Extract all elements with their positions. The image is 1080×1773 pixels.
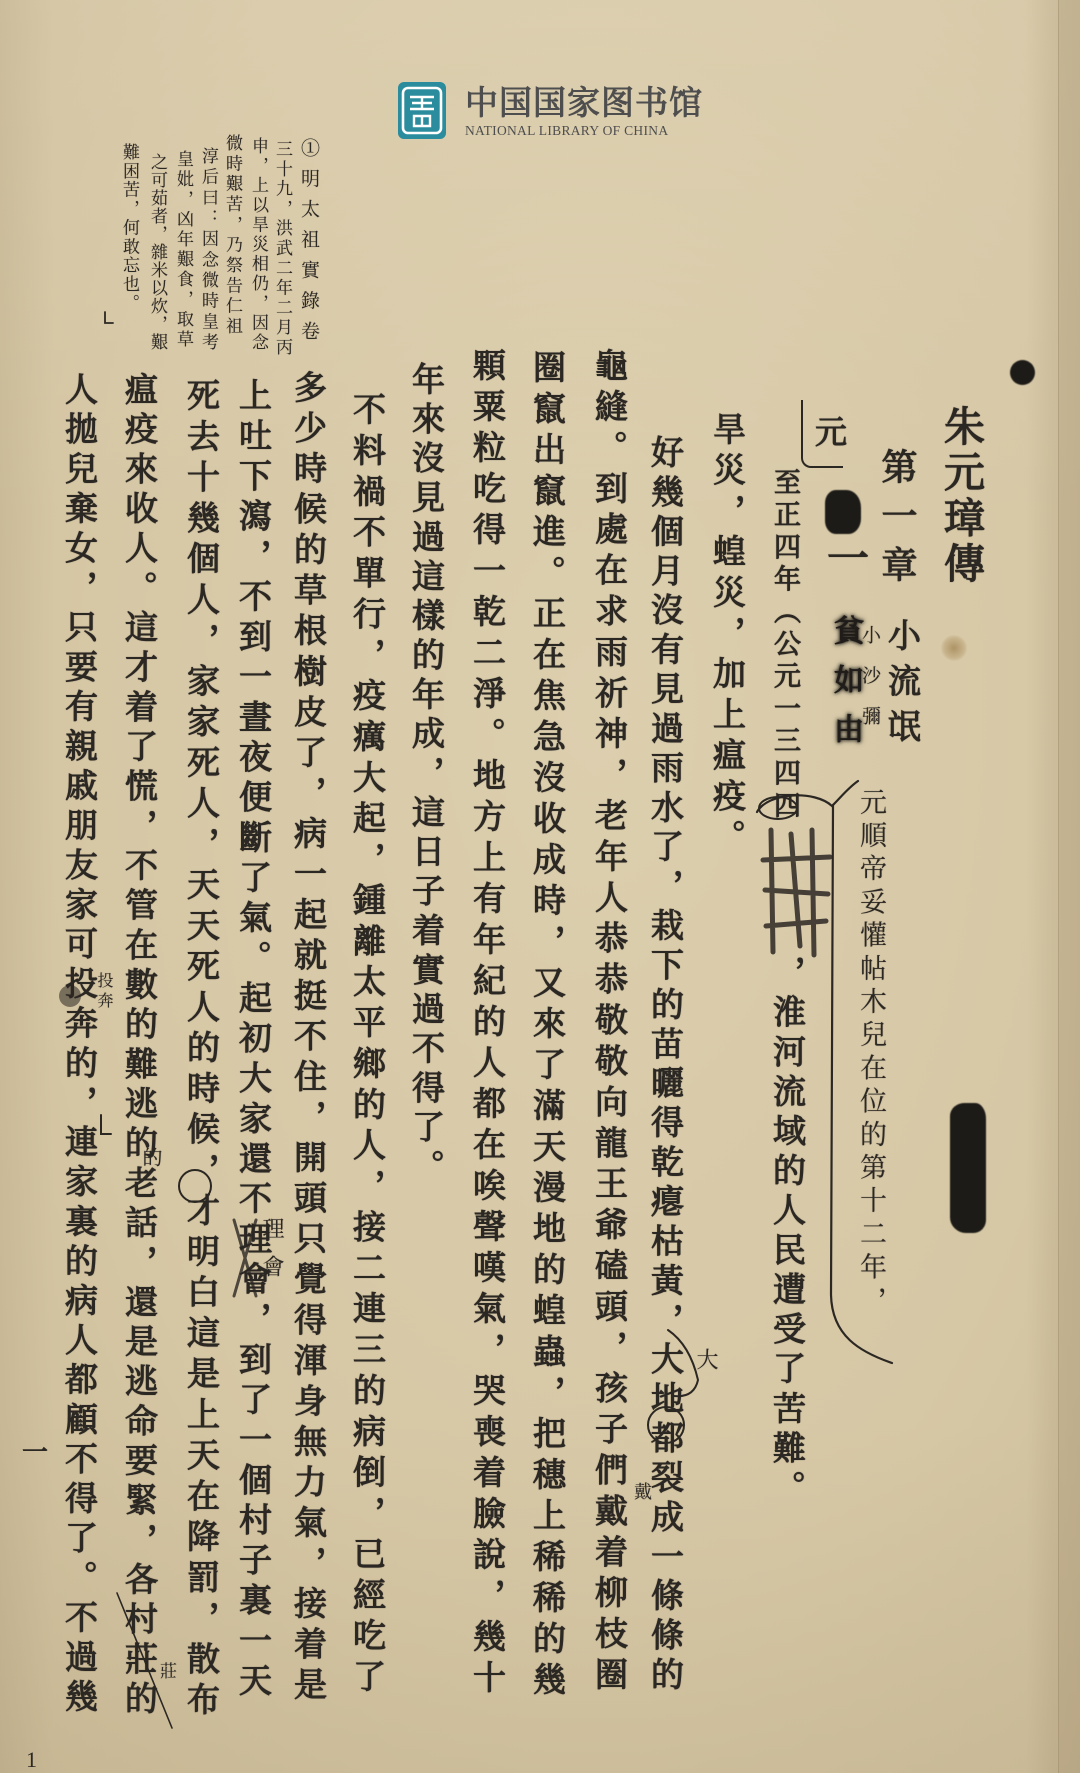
insertion: 的 xyxy=(141,1147,161,1167)
footnote-column: 難困苦，何敢忘也。 xyxy=(115,143,137,311)
library-name-en: NATIONAL LIBRARY OF CHINA xyxy=(465,123,668,139)
section-number: 一 xyxy=(820,536,866,578)
footnote-column: 微時艱苦，乃祭告仁祖 xyxy=(218,134,240,334)
page-marker: 一 xyxy=(22,1440,48,1466)
struck-blot xyxy=(825,490,861,534)
footnote-column: ①明太祖實錄卷 xyxy=(294,138,318,340)
ink-blot xyxy=(950,1103,986,1233)
insert-bracket-mark xyxy=(101,1115,111,1134)
text-column: 年來沒見過這樣的年成，這日子着實過不得了。 xyxy=(399,362,443,1182)
insertion: 投奔 xyxy=(96,972,112,1012)
text-column: 龜縫。到處在求雨祈神，老年人恭恭敬敬向龍王爺磕頭，孩子們戴着柳枝圈 xyxy=(582,348,626,1690)
page-edge xyxy=(1058,0,1080,1773)
text-column: 旱災，蝗災，加上瘟疫。 xyxy=(700,412,744,852)
text-column: 瘟疫來收人。這才着了慌，不管在數的難逃的老話，還是逃命要緊，各村莊的 xyxy=(112,372,156,1714)
page-number: 1 xyxy=(26,1748,37,1772)
margin-note: 元順帝妥懽帖木兒在位的第十二年， xyxy=(848,788,884,1313)
text-column: 顆粟粒吃得一乾二淨。地方上有年紀的人都在唉聲嘆氣，哭喪着臉說，幾十 xyxy=(460,348,504,1693)
footnote-column: 之可茹者，雜米以炊，艱 xyxy=(143,153,165,350)
footnote-column: 淳后曰：因念微時皇考 xyxy=(194,147,216,350)
library-seal-icon xyxy=(398,82,446,139)
text-column: ，淮河流域的人民遭受了苦難。 xyxy=(760,955,804,1503)
insertion: 理會 xyxy=(260,1217,282,1293)
text-column: 多少時候的草根樹皮了，病一起就挺不住，開頭只覺得渾身無力氣，接着是 xyxy=(281,370,325,1700)
library-name-cn: 中国国家图书馆 xyxy=(465,84,703,122)
text-column: 不料禍不單行，疫癘大起，鍾離太平鄉的人，接二連三的病倒，已經吃了 xyxy=(340,392,384,1692)
text-column: 圈竄出竄進。正在焦急沒收成時，又來了滿天漫地的蝗蟲，把穗上稀稀的幾 xyxy=(520,350,564,1695)
footnote-column: 皇妣，凶年艱食，取草 xyxy=(169,150,191,347)
book-title: 朱元璋傳 xyxy=(929,405,981,583)
insertion: 大 xyxy=(694,1348,716,1370)
chapter-title: 小流氓 xyxy=(875,618,919,742)
paper-stain xyxy=(941,635,967,661)
text-column: 上吐下瀉，不到一晝夜便斷了氣。起初大家還不理會，到了一個村子裏一天 xyxy=(226,378,270,1696)
struck-text-scribble xyxy=(763,830,830,955)
text-column-date: 至正四年（公元一三四四 xyxy=(762,468,798,818)
footnote-end-mark xyxy=(105,312,113,323)
ink-dot xyxy=(1010,360,1035,385)
footnote-column: 三十九，洪武二年二月丙 xyxy=(268,140,290,355)
footnote-column: 申，上以旱災相仍，因念 xyxy=(244,137,266,350)
text-column: 人拋兒棄女，只要有親戚朋友家可投奔的，連家裏的病人都顧不得了。不過幾 xyxy=(52,372,96,1712)
insertion: 莊 xyxy=(157,1662,174,1679)
chapter-label: 第一章 xyxy=(869,448,915,582)
insertion: 戴 xyxy=(632,1482,650,1500)
manuscript-page: 中国国家图书馆 NATIONAL LIBRARY OF CHINA 朱元璋傳 第… xyxy=(0,0,1080,1773)
dynasty-insert: 元 xyxy=(805,415,845,451)
text-column: 死去十幾個人，家家死人，天天死人的時候，才明白這是上天在降罰，散布 xyxy=(174,378,218,1715)
struck-heading: 貧如由 xyxy=(820,615,860,743)
text-column: 好幾個月沒有見過雨水了，栽下的苗曬得乾瘪枯黃，大地都裂成一條條的 xyxy=(638,435,682,1690)
